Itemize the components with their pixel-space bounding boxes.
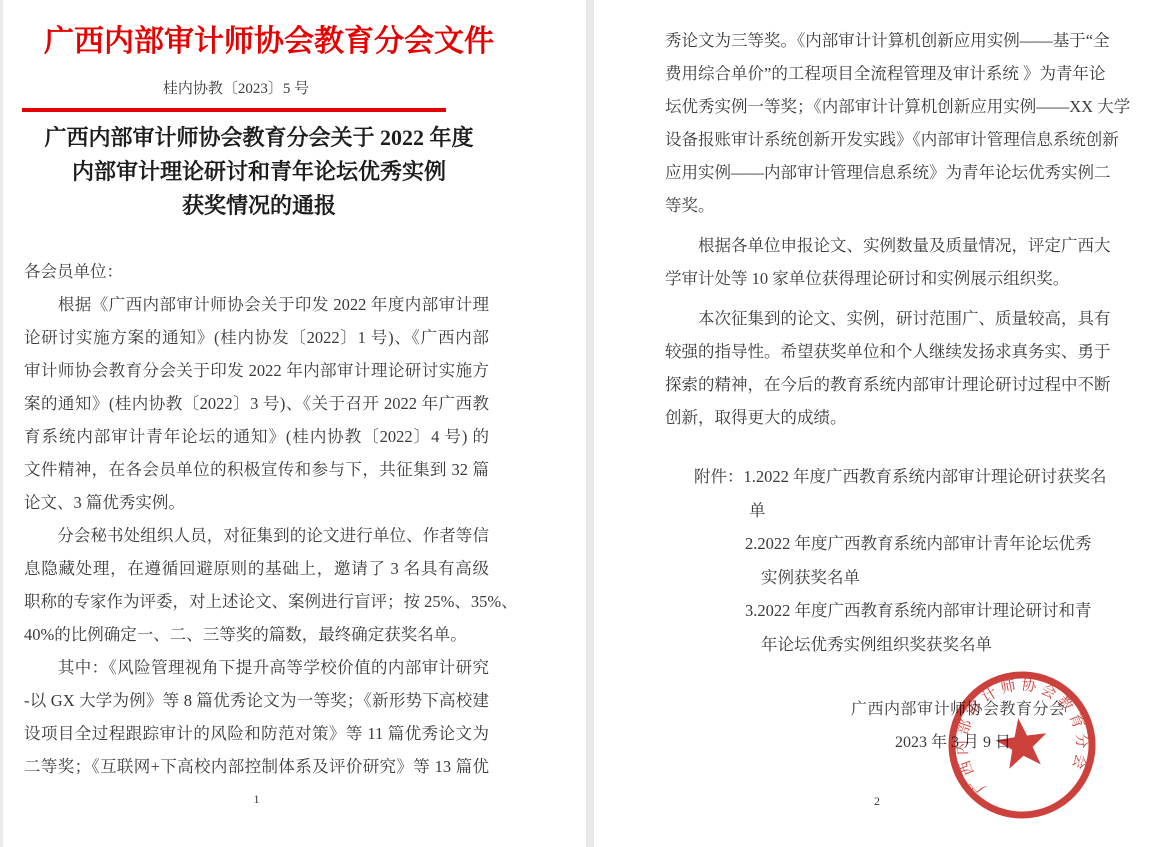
attachment-line: 实例获奖名单 [665, 561, 1105, 595]
body-text-line: 审计师协会教育分会关于印发 2022 年内部审计理论研讨实施方 [24, 354, 489, 387]
body-text-line: 分会秘书处组织人员，对征集到的论文进行单位、作者等信 [24, 519, 489, 552]
body-text-line: 费用综合单价”的工程项目全流程管理及审计系统 》为青年论 [665, 57, 1089, 90]
page-number-2: 2 [665, 794, 1089, 809]
body-text-line: 40%的比例确定一、二、三等奖的篇数，最终确定获奖名单。 [24, 618, 489, 651]
letterhead-red-rule [22, 108, 446, 112]
body-text-line: 根据各单位申报论文、实例数量及质量情况，评定广西大 [665, 229, 1089, 262]
page-number-1: 1 [24, 792, 489, 807]
seal-star-icon [993, 715, 1051, 770]
body-text-line: 文件精神，在各会员单位的积极宣传和参与下，共征集到 32 篇 [24, 453, 489, 486]
body-text-line: 息隐藏处理，在遵循回避原则的基础上，邀请了 3 名具有高级 [24, 552, 489, 585]
document-title-line: 内部审计理论研讨和青年论坛优秀实例 [26, 155, 492, 189]
body-text-line: 育系统内部审计青年论坛的通知》(桂内协教〔2022〕4 号) 的 [24, 420, 489, 453]
body-text-line: 秀论文为三等奖。《内部审计计算机创新应用实例——基于“全 [665, 24, 1089, 57]
document-number: 桂内协教〔2023〕5 号 [24, 77, 448, 98]
body-text-line: 论文、3 篇优秀实例。 [24, 486, 489, 519]
body-text-line: 坛优秀实例一等奖；《内部审计计算机创新应用实例——XX 大学 [665, 90, 1089, 123]
document-title-line: 广西内部审计师协会教育分会关于 2022 年度 [26, 121, 492, 155]
document-title-line: 获奖情况的通报 [26, 189, 492, 223]
body-text-page-2: 秀论文为三等奖。《内部审计计算机创新应用实例——基于“全费用综合单价”的工程项目… [665, 24, 1089, 434]
body-text-line: 等奖。 [665, 189, 1089, 222]
document-scan: 广西内部审计师协会教育分会文件 桂内协教〔2023〕5 号 广西内部审计师协会教… [0, 0, 1176, 847]
body-text-line: 各会员单位： [24, 255, 489, 288]
body-text-line: 论研讨实施方案的通知》(桂内协发〔2022〕1 号)、《广西内部 [24, 321, 489, 354]
body-text-line: 本次征集到的论文、实例，研讨范围广、质量较高，具有 [665, 302, 1089, 335]
attachment-line: 3.2022 年度广西教育系统内部审计理论研讨和青 [665, 594, 1105, 628]
body-text-line: 较强的指导性。希望获奖单位和个人继续发扬求真务实、勇于 [665, 335, 1089, 368]
body-text-line: 探索的精神，在今后的教育系统内部审计理论研讨过程中不断 [665, 368, 1089, 401]
body-text-line: 应用实例——内部审计管理信息系统》为青年论坛优秀实例二 [665, 156, 1089, 189]
attachment-line: 单 [665, 494, 1105, 528]
body-text-line: 职称的专家作为评委，对上述论文、案例进行盲评；按 25%、35%、 [24, 585, 489, 618]
body-text-line: 其中：《风险管理视角下提升高等学校价值的内部审计研究 [24, 651, 489, 684]
body-text-line: 二等奖；《互联网+下高校内部控制体系及评价研究》等 13 篇优 [24, 750, 489, 783]
org-letterhead-title: 广西内部审计师协会教育分会文件 [43, 22, 495, 62]
attachment-line: 附件：1.2022 年度广西教育系统内部审计理论研讨获奖名 [665, 460, 1105, 494]
page-gap-divider [586, 0, 594, 847]
body-text-line: 根据《广西内部审计师协会关于印发 2022 年度内部审计理 [24, 288, 489, 321]
body-text-line: 案的通知》(桂内协教〔2022〕3 号)、《关于召开 2022 年广西教 [24, 387, 489, 420]
body-text-line: 创新，取得更大的成绩。 [665, 401, 1089, 434]
page-2: 秀论文为三等奖。《内部审计计算机创新应用实例——基于“全费用综合单价”的工程项目… [594, 0, 1176, 847]
official-seal-stamp-icon: 广西内部审计师协会教育分会 [926, 649, 1118, 841]
body-text-line: 设项目全过程跟踪审计的风险和防范对策》等 11 篇优秀论文为 [24, 717, 489, 750]
body-text-line: -以 GX 大学为例》等 8 篇优秀论文为一等奖；《新形势下高校建 [24, 684, 489, 717]
attachment-line: 2.2022 年度广西教育系统内部审计青年论坛优秀 [665, 527, 1105, 561]
body-text-line: 设备报账审计系统创新开发实践》《内部审计管理信息系统创新 [665, 123, 1089, 156]
attachment-list: 附件：1.2022 年度广西教育系统内部审计理论研讨获奖名单2.2022 年度广… [665, 460, 1105, 661]
body-text-line: 学审计处等 10 家单位获得理论研讨和实例展示组织奖。 [665, 262, 1089, 295]
page-1: 广西内部审计师协会教育分会文件 桂内协教〔2023〕5 号 广西内部审计师协会教… [3, 0, 586, 847]
document-title: 广西内部审计师协会教育分会关于 2022 年度内部审计理论研讨和青年论坛优秀实例… [26, 121, 492, 223]
body-text-page-1: 各会员单位： 根据《广西内部审计师协会关于印发 2022 年度内部审计理论研讨实… [24, 255, 489, 783]
